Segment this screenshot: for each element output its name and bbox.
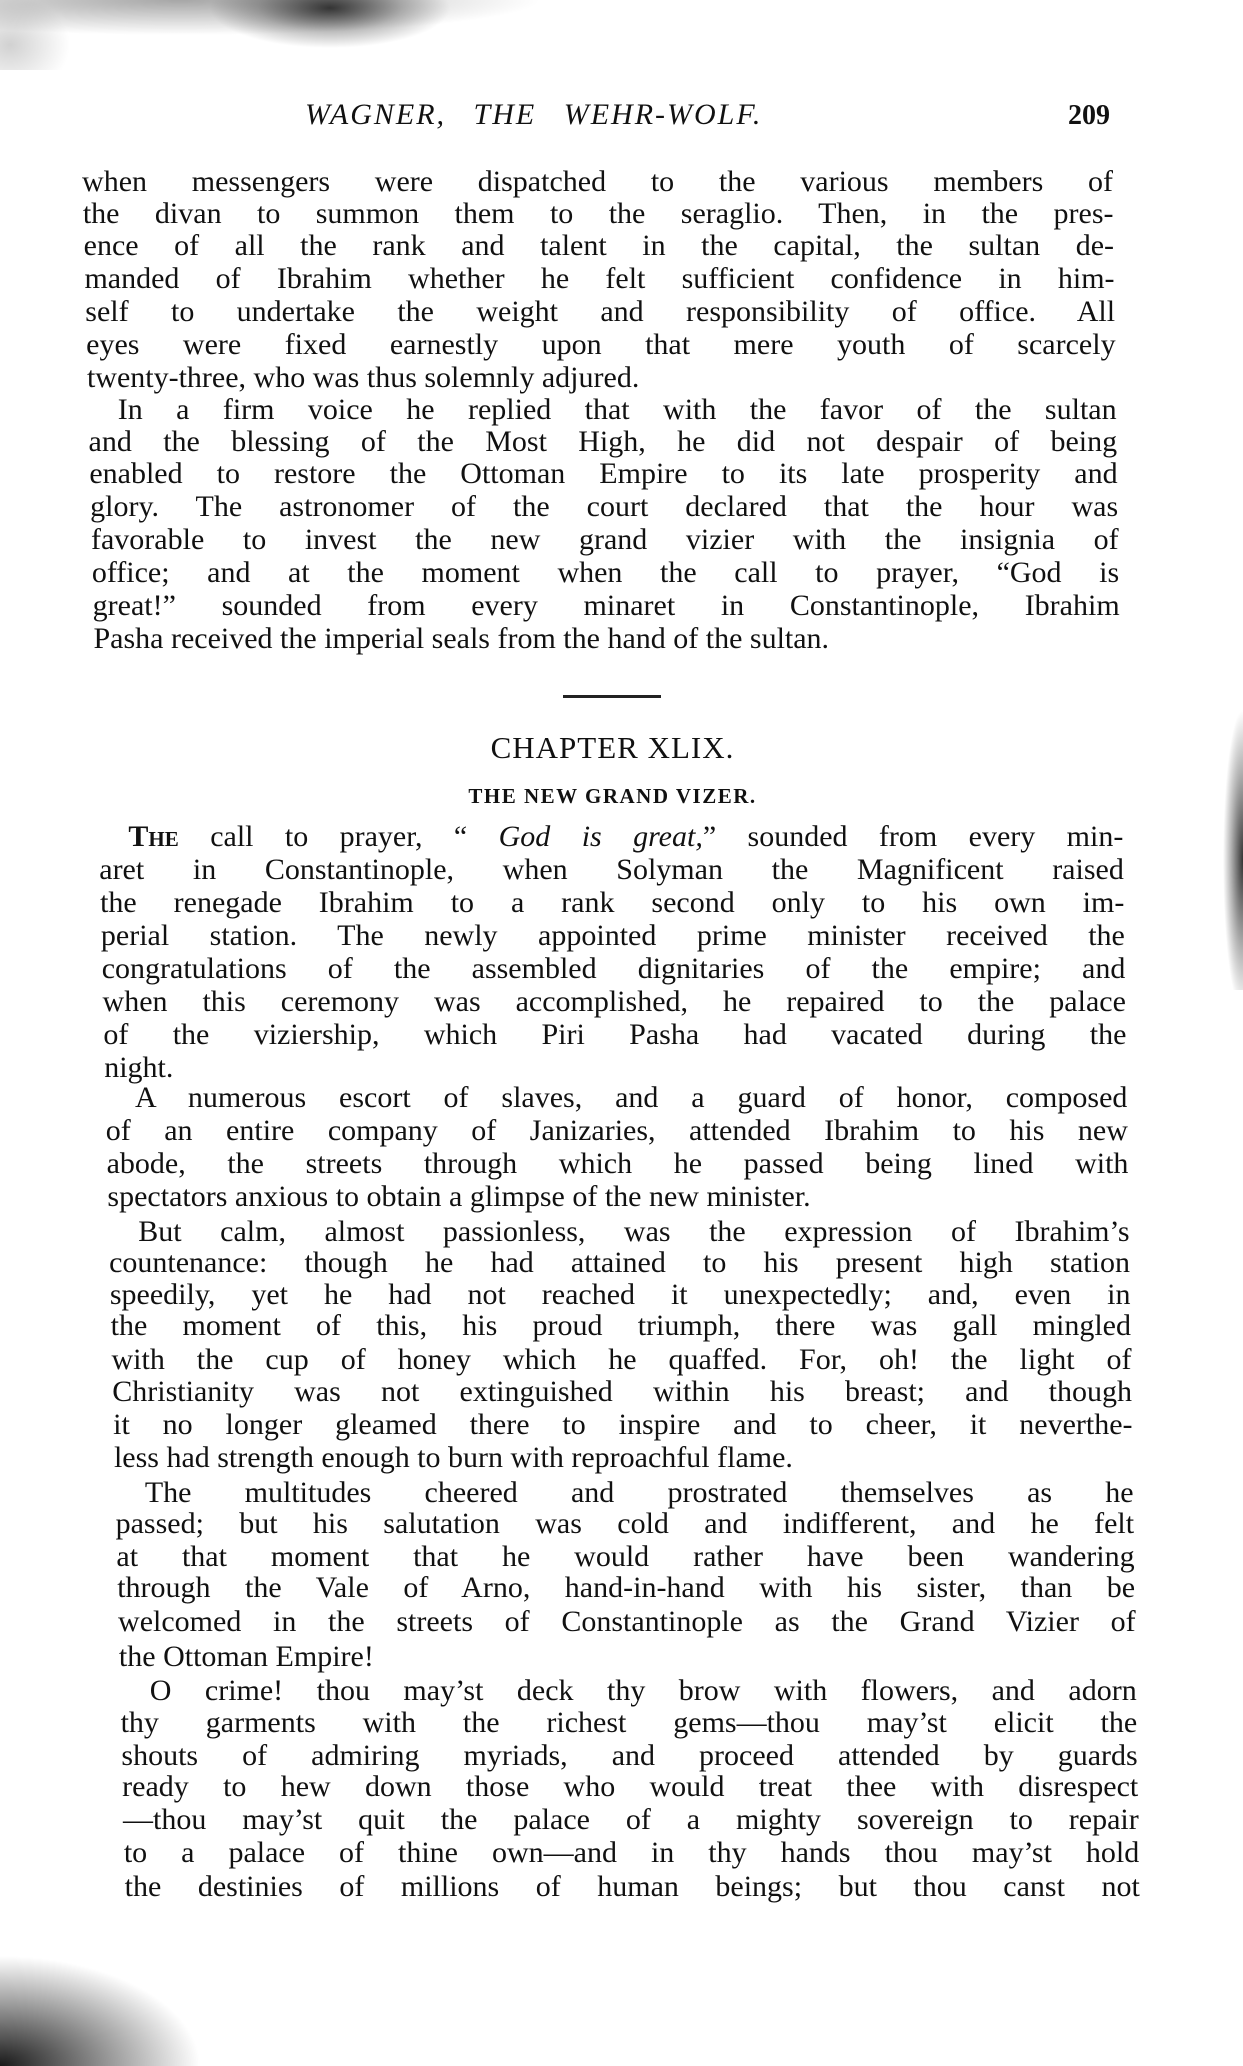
text-line: shouts of admiring myriads, and proceed … [121, 1739, 1137, 1773]
text-line: spectators anxious to obtain a glimpse o… [107, 1180, 1129, 1214]
text-line: it no longer gleamed there to inspire an… [113, 1408, 1132, 1442]
text-line: the divan to summon them to the seraglio… [83, 197, 1114, 231]
text-line: when messengers were dispatched to the v… [82, 165, 1113, 199]
text-line: enabled to restore the Ottoman Empire to… [89, 457, 1117, 491]
text-line: the destinies of millions of human being… [125, 1870, 1140, 1904]
text-line: of the viziership, which Piri Pasha had … [103, 1018, 1126, 1052]
text-line: speedily, yet he had not reached it unex… [110, 1278, 1131, 1312]
running-title: WAGNER, THE WEHR-WOLF. [305, 98, 762, 132]
small-caps-lead: The [128, 820, 178, 853]
text-line: congratulations of the assembled dignita… [102, 952, 1126, 986]
text-line: of an entire company of Janizaries, atte… [106, 1114, 1128, 1148]
text-line: manded of Ibrahim whether he felt suffic… [84, 262, 1114, 296]
text-line: welcomed in the streets of Constantinopl… [118, 1605, 1136, 1639]
italic-phrase: God is great, [499, 820, 703, 853]
paragraph-first-line: A numerous escort of slaves, and a guard… [135, 1081, 1127, 1115]
text-line: to a palace of thine own—and in thy hand… [124, 1836, 1139, 1870]
chapter-subtitle: THE NEW GRAND VIZER. [410, 784, 815, 809]
paragraph-first-line: The multitudes cheered and prostrated th… [145, 1476, 1134, 1510]
text-line: Christianity was not extinguished within… [112, 1375, 1132, 1409]
text-line: through the Vale of Arno, hand-in-hand w… [117, 1571, 1135, 1605]
text-line: aret in Constantinople, when Solyman the… [99, 853, 1124, 887]
text-line: when this ceremony was accomplished, he … [103, 985, 1126, 1019]
text-line: great!” sounded from every minaret in Co… [93, 589, 1120, 623]
text-line: thy garments with the richest gems—thou … [121, 1706, 1138, 1740]
page-number: 209 [1068, 100, 1110, 132]
text-line: at that moment that he would rather have… [116, 1540, 1134, 1574]
text-line: favorable to invest the new grand vizier… [91, 523, 1119, 557]
text-line: self to undertake the weight and respons… [85, 295, 1115, 329]
running-head: WAGNER, THE WEHR-WOLF. 209 [305, 98, 1110, 134]
paragraph-first-line: In a firm voice he replied that with the… [118, 393, 1117, 427]
text-line: perial station. The newly appointed prim… [101, 919, 1125, 953]
text-line: ready to hew down those who would treat … [122, 1770, 1138, 1804]
text-line: the Ottoman Empire! [119, 1640, 1136, 1674]
text-line: night. [104, 1051, 1127, 1085]
scan-smudge-bottom [0, 1930, 320, 2066]
text-line: and the blessing of the Most High, he di… [89, 425, 1118, 459]
chapter-title: CHAPTER XLIX. [420, 730, 805, 766]
text-line: passed; but his salutation was cold and … [116, 1507, 1135, 1541]
text-line: the renegade Ibrahim to a rank second on… [100, 886, 1124, 920]
paragraph-first-line: But calm, almost passionless, was the ex… [138, 1215, 1129, 1249]
text-line: countenance: though he had attained to h… [109, 1246, 1130, 1280]
book-page: WAGNER, THE WEHR-WOLF. 209 CHAPTER XLIX.… [0, 0, 1243, 2066]
text-line: less had strength enough to burn with re… [114, 1441, 1133, 1475]
scan-smudge-top [0, 0, 700, 70]
text-line: ence of all the rank and talent in the c… [84, 229, 1114, 263]
text-line: glory. The astronomer of the court decla… [90, 490, 1118, 524]
text-line: Pasha received the imperial seals from t… [93, 622, 1120, 656]
text-line: office; and at the moment when the call … [92, 556, 1119, 590]
text-line: eyes were fixed earnestly upon that mere… [86, 328, 1115, 362]
paragraph-first-line: O crime! thou may’st deck thy brow with … [150, 1674, 1137, 1708]
scan-smudge-right [1210, 690, 1243, 990]
text-line: —thou may’st quit the palace of a mighty… [123, 1803, 1139, 1837]
text-line: twenty-three, who was thus solemnly adju… [87, 361, 1116, 395]
paragraph-first-line: The call to prayer, “ God is great,” sou… [128, 820, 1123, 854]
section-divider-rule [563, 695, 661, 698]
text-line: with the cup of honey which he quaffed. … [112, 1343, 1132, 1377]
text-line: the moment of this, his proud triumph, t… [111, 1309, 1131, 1343]
text-line: abode, the streets through which he pass… [107, 1147, 1129, 1181]
